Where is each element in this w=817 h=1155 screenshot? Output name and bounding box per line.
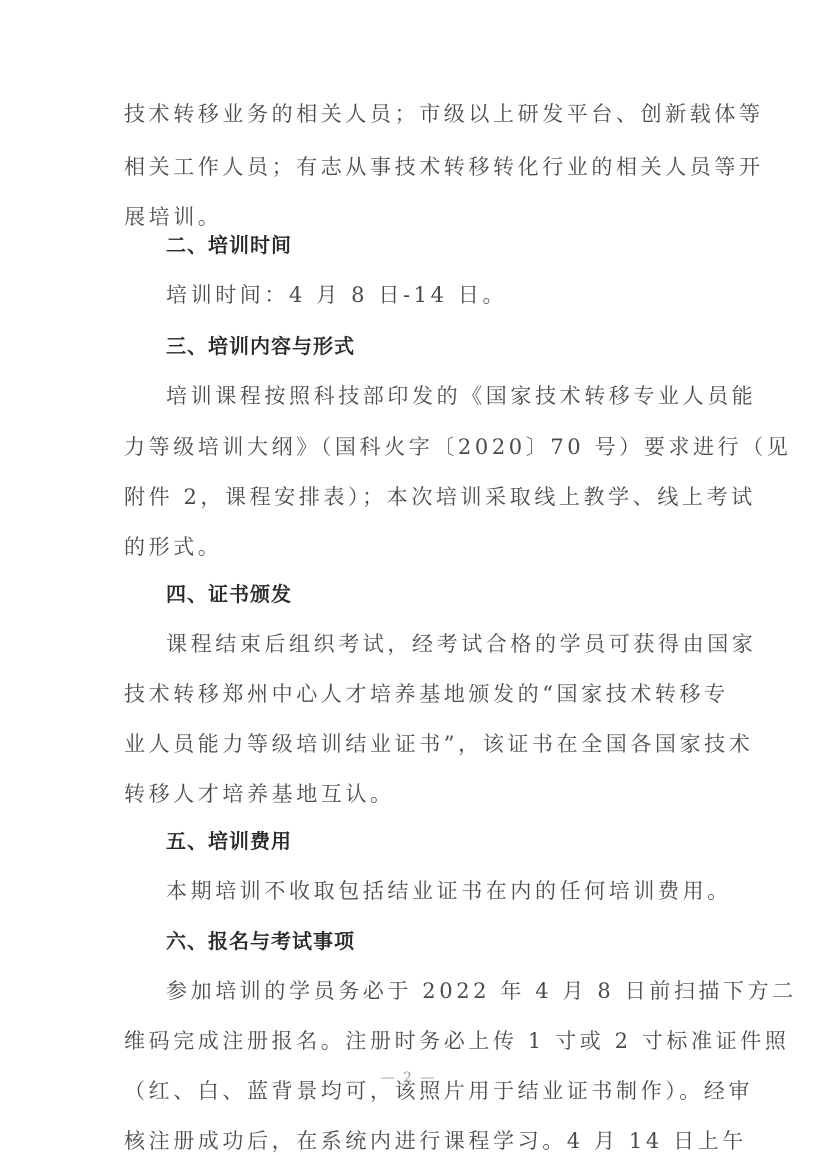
fees-text: 本期培训不收取包括结业证书在内的任何培训费用。 <box>166 877 741 905</box>
section-heading-fees: 五、培训费用 <box>166 827 292 855</box>
certificate-line-3: 业人员能力等级培训结业证书”，该证书在全国各国家技术 <box>124 730 699 758</box>
certificate-line-2: 技术转移郑州中心人才培养基地颁发的“国家技术转移专 <box>124 680 699 708</box>
certificate-line-1: 课程结束后组织考试，经考试合格的学员可获得由国家 <box>166 630 741 658</box>
content-line-2: 力等级培训大纲》（国科火字〔2020〕70 号）要求进行（见 <box>124 433 699 461</box>
registration-line-1: 参加培训的学员务必于 2022 年 4 月 8 日前扫描下方二 <box>166 977 741 1005</box>
training-time-text: 培训时间：4 月 8 日-14 日。 <box>166 281 741 309</box>
document-page: 技术转移业务的相关人员；市级以上研发平台、创新载体等 相关工作人员；有志从事技术… <box>0 0 817 1155</box>
section-heading-content-format: 三、培训内容与形式 <box>166 332 355 360</box>
intro-line-1: 技术转移业务的相关人员；市级以上研发平台、创新载体等 <box>124 100 699 128</box>
certificate-line-4: 转移人才培养基地互认。 <box>124 780 699 808</box>
intro-line-2: 相关工作人员；有志从事技术转移转化行业的相关人员等开 <box>124 153 699 181</box>
page-number: — 2 — <box>0 1070 817 1086</box>
section-heading-registration: 六、报名与考试事项 <box>166 927 355 955</box>
content-line-4: 的形式。 <box>124 533 699 561</box>
section-heading-training-time: 二、培训时间 <box>166 231 292 259</box>
content-line-3: 附件 2，课程安排表）；本次培训采取线上教学、线上考试 <box>124 483 699 511</box>
section-heading-certificate: 四、证书颁发 <box>166 580 292 608</box>
registration-line-2: 维码完成注册报名。注册时务必上传 1 寸或 2 寸标准证件照 <box>124 1027 699 1055</box>
content-line-1: 培训课程按照科技部印发的《国家技术转移专业人员能 <box>166 382 741 410</box>
intro-line-3: 展培训。 <box>124 203 699 231</box>
registration-line-4: 核注册成功后，在系统内进行课程学习。4 月 14 日上午 <box>124 1127 699 1155</box>
